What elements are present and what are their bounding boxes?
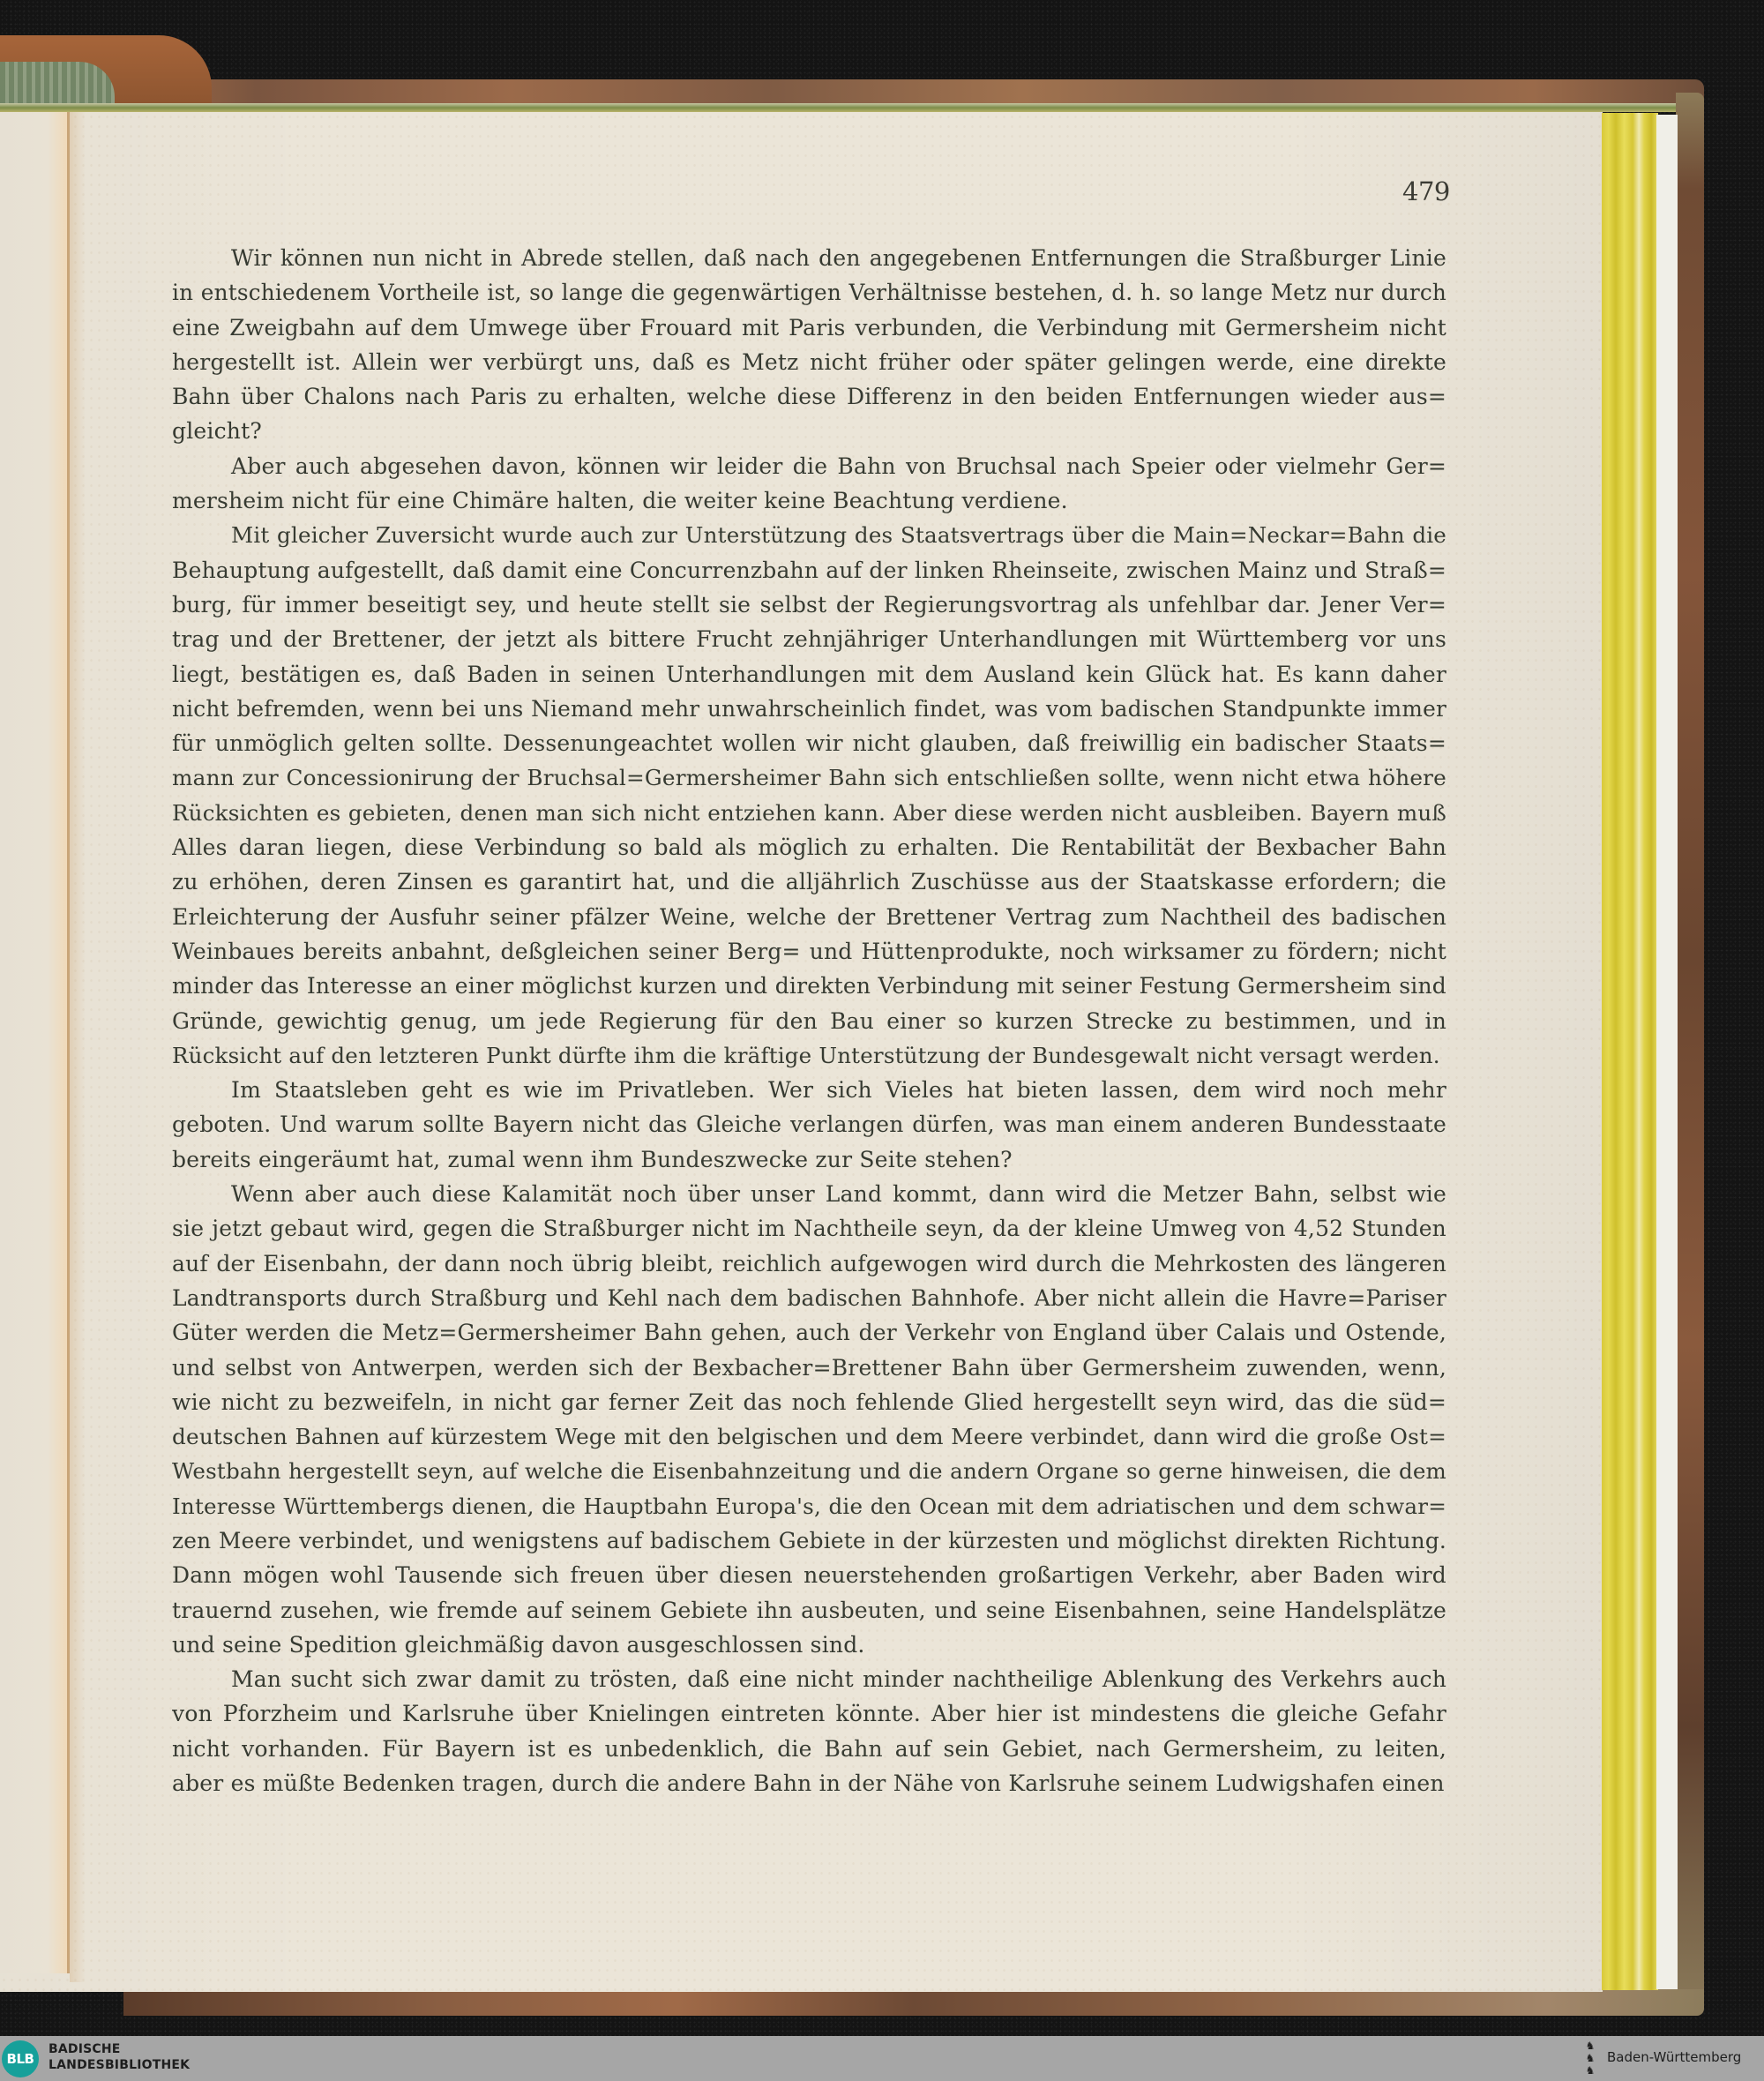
text-line: Dann mögen wohl Tausende sich freuen übe… — [172, 1558, 1446, 1592]
text-line: mann zur Concessionirung der Bruchsal=Ge… — [172, 760, 1446, 795]
viewer-footer: BLB BADISCHE LANDESBIBLIOTHEK ♞ ♞ ♞ Bade… — [0, 2036, 1764, 2081]
text-line: Gründe, gewichtig genug, um jede Regieru… — [172, 1004, 1446, 1038]
text-line: und seine Spedition gleichmäßig davon au… — [172, 1628, 1446, 1662]
text-line: bereits eingeräumt hat, zumal wenn ihm B… — [172, 1142, 1446, 1177]
text-line: burg, für immer beseitigt sey, und heute… — [172, 588, 1446, 622]
text-line: von Pforzheim und Karlsruhe über Knielin… — [172, 1696, 1446, 1731]
three-lions-icon: ♞ ♞ ♞ — [1579, 2040, 1602, 2078]
text-line: geboten. Und warum sollte Bayern nicht d… — [172, 1107, 1446, 1142]
text-line: deutschen Bahnen auf kürzestem Wege mit … — [172, 1419, 1446, 1454]
book-cover-top-edge — [0, 79, 1704, 106]
text-line: Man sucht sich zwar damit zu trösten, da… — [172, 1662, 1446, 1696]
text-line: Weinbaues bereits anbahnt, deßgleichen s… — [172, 934, 1446, 969]
page-number: 479 — [1402, 176, 1446, 206]
blb-name-line2: LANDESBIBLIOTHEK — [49, 2057, 190, 2073]
spine-green-headcap — [0, 62, 115, 104]
text-line: trag und der Brettener, der jetzt als bi… — [172, 622, 1446, 656]
text-line: hergestellt ist. Allein wer verbürgt uns… — [172, 345, 1446, 379]
page-top-edge — [0, 103, 1676, 112]
text-line: minder das Interesse an einer möglichst … — [172, 969, 1446, 1003]
page-block-edge — [1602, 113, 1658, 1990]
book-cover-right-edge — [1676, 93, 1704, 2016]
text-line: aber es müßte Bedenken tragen, durch die… — [172, 1766, 1446, 1800]
text-line: zu erhöhen, deren Zinsen es garantirt ha… — [172, 865, 1446, 899]
facing-page-sliver — [0, 112, 68, 1973]
text-line: mersheim nicht für eine Chimäre halten, … — [172, 483, 1446, 518]
text-line: nicht vorhanden. Für Bayern ist es unbed… — [172, 1732, 1446, 1766]
blb-logo[interactable]: BLB — [2, 2040, 39, 2077]
text-line: Im Staatsleben geht es wie im Privatlebe… — [172, 1073, 1446, 1107]
text-line: Wenn aber auch diese Kalamität noch über… — [172, 1177, 1446, 1211]
lion-icon: ♞ — [1579, 2064, 1602, 2077]
gutter-shadow — [70, 112, 86, 1982]
text-line: Mit gleicher Zuversicht wurde auch zur U… — [172, 518, 1446, 552]
blb-library-name[interactable]: BADISCHE LANDESBIBLIOTHEK — [49, 2041, 190, 2073]
text-line: Westbahn hergestellt seyn, auf welche di… — [172, 1454, 1446, 1488]
body-text: Wir können nun nicht in Abrede stellen, … — [172, 241, 1446, 1800]
text-line: Güter werden die Metz=Germersheimer Bahn… — [172, 1315, 1446, 1350]
baden-wuerttemberg-label: Baden-Württemberg — [1607, 2049, 1741, 2065]
text-line: Behauptung aufgestellt, daß damit eine C… — [172, 553, 1446, 588]
text-line: zen Meere verbindet, und wenigstens auf … — [172, 1523, 1446, 1558]
text-line: sie jetzt gebaut wird, gegen die Straßbu… — [172, 1211, 1446, 1246]
text-line: Wir können nun nicht in Abrede stellen, … — [172, 241, 1446, 275]
lion-icon: ♞ — [1579, 2040, 1602, 2052]
text-line: Interesse Württembergs dienen, die Haupt… — [172, 1489, 1446, 1523]
text-line: trauernd zusehen, wie fremde auf seinem … — [172, 1593, 1446, 1628]
baden-wuerttemberg-logo[interactable]: ♞ ♞ ♞ Baden-Württemberg — [1579, 2040, 1764, 2078]
text-line: Aber auch abgesehen davon, können wir le… — [172, 449, 1446, 483]
text-line: Alles daran liegen, diese Verbindung so … — [172, 830, 1446, 865]
text-line: Rücksicht auf den letzteren Punkt dürfte… — [172, 1038, 1446, 1073]
lion-icon: ♞ — [1579, 2052, 1602, 2064]
text-line: in entschiedenem Vortheile ist, so lange… — [172, 275, 1446, 310]
text-line: Erleichterung der Ausfuhr seiner pfälzer… — [172, 900, 1446, 934]
text-line: auf der Eisenbahn, der dann noch übrig b… — [172, 1246, 1446, 1281]
text-line: liegt, bestätigen es, daß Baden in seine… — [172, 657, 1446, 692]
text-line: eine Zweigbahn auf dem Umwege über Froua… — [172, 311, 1446, 345]
text-line: Landtransports durch Straßburg und Kehl … — [172, 1281, 1446, 1315]
book-cover-bottom-edge — [123, 1989, 1704, 2016]
text-line: nicht befremden, wenn bei uns Niemand me… — [172, 692, 1446, 726]
blb-name-line1: BADISCHE — [49, 2041, 190, 2057]
endpaper-edge — [1656, 115, 1678, 1989]
text-line: Rücksichten es gebieten, denen man sich … — [172, 796, 1446, 830]
text-line: und selbst von Antwerpen, werden sich de… — [172, 1351, 1446, 1385]
text-line: gleicht? — [172, 414, 1446, 448]
text-line: für unmöglich gelten sollte. Dessenungea… — [172, 726, 1446, 760]
text-line: Bahn über Chalons nach Paris zu erhalten… — [172, 379, 1446, 414]
text-line: wie nicht zu bezweifeln, in nicht gar fe… — [172, 1385, 1446, 1419]
